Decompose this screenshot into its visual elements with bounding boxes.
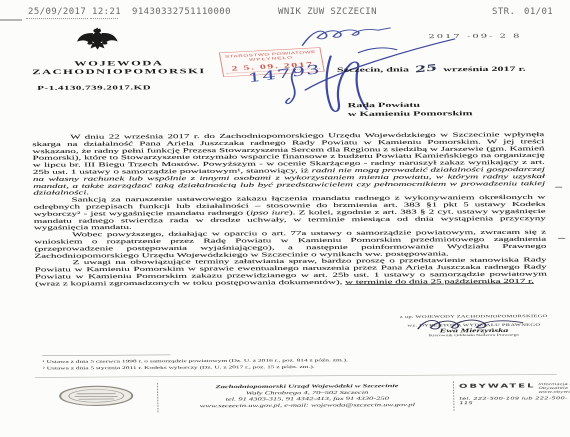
dateline-place: Szczecin, dnia bbox=[337, 65, 409, 73]
fax-edge-mark bbox=[0, 19, 22, 21]
margin-mark bbox=[558, 238, 565, 239]
fax-station-name: WNIK ZUW SZCZECIN bbox=[278, 7, 377, 17]
fax-underline bbox=[26, 18, 88, 19]
fax-id-number: 91430332751110000 bbox=[132, 7, 231, 17]
paragraph-2: Sankcją za naruszenie ustawowego zakazu … bbox=[33, 194, 546, 232]
fax-underline bbox=[90, 18, 118, 19]
dateline: Szczecin, dnia 25 września 2017 r. bbox=[337, 63, 526, 74]
paragraph-3: Wobec powyższego, działając w oparciu o … bbox=[34, 229, 547, 260]
footnotes: ¹ Ustawa z dnia 5 czerwca 1998 r. o samo… bbox=[42, 356, 547, 371]
margin-mark bbox=[555, 187, 562, 188]
obywatel-info-line2: www.obywatel.gov.pl bbox=[539, 390, 570, 394]
footer-separator-left bbox=[157, 383, 159, 412]
oval-seal-icon bbox=[57, 384, 135, 407]
letterhead-office-title: WOJEWODA ZACHODNIOPOMORSKI bbox=[17, 59, 221, 77]
addressee-line2: w Kamieniu Pomorskim bbox=[348, 109, 473, 118]
letter-body: W dniu 22 września 2017 r. do Zachodniop… bbox=[32, 131, 547, 287]
paragraph-4: Z uwagi na obowiązujące terminy załatwia… bbox=[35, 257, 548, 288]
polish-eagle-emblem-icon bbox=[76, 25, 119, 54]
letter-content: WOJEWODA ZACHODNIOPOMORSKI P-1.4130.739.… bbox=[0, 19, 570, 437]
footer-web-email: www.szczecin.uw.gov.pl, e-mail: wojewoda… bbox=[167, 401, 447, 409]
fax-page-number: 01/01 bbox=[524, 7, 553, 17]
obywatel-info-line1: Informacja dla Obywatela bbox=[538, 383, 570, 391]
handwritten-day: 25 bbox=[413, 62, 438, 74]
fax-time: 12:21 bbox=[92, 7, 121, 17]
obywatel-phone: tel. 222-500-109 lub 222-500-115 bbox=[459, 396, 570, 405]
obywatel-logo: OBYWATEL bbox=[459, 383, 536, 389]
paragraph-1: W dniu 22 września 2017 r. do Zachodniop… bbox=[32, 131, 545, 197]
case-number: P-1.4130.739.2017.KD bbox=[37, 84, 151, 91]
paragraph-2-latin: ipso iure bbox=[250, 209, 289, 216]
scanned-letter-page: 25/09/2017 12:21 91430332751110000 WNIK … bbox=[0, 0, 570, 437]
footer-divider bbox=[35, 374, 557, 378]
handwritten-signature-icon bbox=[414, 315, 529, 333]
footer-obywatel-block: OBYWATEL Informacja dla Obywatela www.ob… bbox=[459, 383, 570, 405]
office-title-line2: ZACHODNIOPOMORSKI bbox=[17, 67, 221, 76]
footer-address-block: Zachodniopomorski Urząd Wojewódzki w Szc… bbox=[167, 382, 447, 409]
fax-page-label: STR. bbox=[492, 7, 515, 17]
addressee-block: Rada Powiatu w Kamieniu Pomorskim bbox=[348, 100, 473, 118]
footnote-separator bbox=[42, 355, 170, 356]
date-received-stamp: 2017 -09- 2 8 bbox=[428, 33, 521, 40]
fax-date: 25/09/2017 bbox=[28, 7, 86, 17]
dateline-rest: września 2017 r. bbox=[443, 65, 526, 73]
deadline-underlined: w terminie do dnia 25 października 2017 … bbox=[345, 278, 534, 286]
signatory-title: Kierownik Oddziału Nadzoru Prawnego bbox=[392, 333, 556, 337]
footer-separator-right bbox=[453, 381, 455, 410]
signature-block: z up. WOJEWODY ZACHODNIOPOMORSKIEGO wz. … bbox=[392, 314, 556, 337]
